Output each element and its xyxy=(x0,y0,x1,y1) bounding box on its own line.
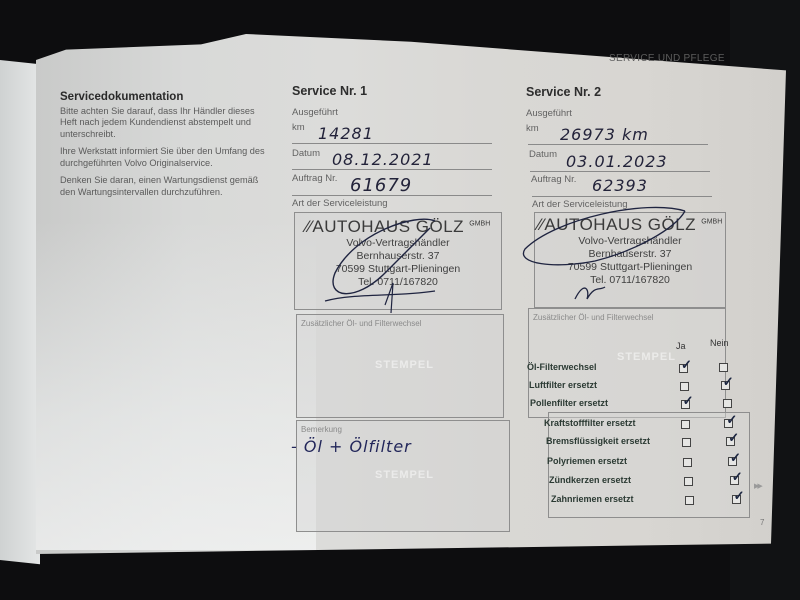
service-1-stamp-box: ⁄⁄AUTOHAUS GÖLZ GMBH Volvo-Vertragshändl… xyxy=(294,212,502,310)
left-page-edge xyxy=(0,60,40,564)
intro-paragraph-1: Bitte achten Sie darauf, dass Ihr Händle… xyxy=(60,106,270,141)
service-2: Service Nr. 2 Ausgeführt km 26973 km Dat… xyxy=(526,85,736,99)
intro-paragraph-3: Denken Sie daran, einen Wartungsdienst g… xyxy=(60,175,270,198)
service-1-zusatz-stempel: STEMPEL xyxy=(375,359,434,371)
service-1-datum-line xyxy=(292,169,492,170)
service-1-bemerkung-caption: Bemerkung xyxy=(301,425,342,434)
checkbox-nein[interactable] xyxy=(721,381,730,390)
service-2-km-label: km xyxy=(526,123,539,134)
service-1-zusatz-box: Zusätzlicher Öl- und Filterwechsel STEMP… xyxy=(296,314,504,418)
service-2-dealer-stamp: ⁄⁄AUTOHAUS GÖLZ GMBH Volvo-Vertragshändl… xyxy=(535,215,725,287)
dealer-line-2: Bernhauserstr. 37 xyxy=(295,250,501,263)
dealer-line-4: Tel. 0711/167820 xyxy=(295,276,501,289)
dealer-brand: ⁄⁄AUTOHAUS GÖLZ GMBH xyxy=(295,217,501,237)
service-1-auftrag-label: Auftrag Nr. xyxy=(292,173,337,184)
service-2-km-value[interactable]: 26973 km xyxy=(560,125,649,144)
service-1-km-line xyxy=(292,143,492,144)
checkbox-nein[interactable] xyxy=(726,437,735,446)
intro-paragraph-2: Ihre Werkstatt informiert Sie über den U… xyxy=(60,146,270,169)
checkbox-ja[interactable] xyxy=(680,382,689,391)
checkbox-ja[interactable] xyxy=(679,364,688,373)
checklist-row: Kraftstofffilter ersetzt xyxy=(544,418,636,428)
service-2-auftrag-line xyxy=(532,196,712,197)
service-1-km-value[interactable]: 14281 xyxy=(318,124,374,143)
service-2-datum-value[interactable]: 03.01.2023 xyxy=(566,152,668,171)
checkbox-nein[interactable] xyxy=(730,476,739,485)
dealer-2-line-2: Bernhauserstr. 37 xyxy=(535,248,725,261)
service-1-art-label: Art der Serviceleistung xyxy=(292,198,388,209)
service-1-auftrag-value[interactable]: 61679 xyxy=(350,175,412,196)
service-1-auftrag-line xyxy=(292,195,492,196)
service-1-km-label: km xyxy=(292,122,305,133)
service-2-ausgefuehrt-label: Ausgeführt xyxy=(526,108,572,119)
service-1-title: Service Nr. 1 xyxy=(292,84,502,98)
checklist-row: Luftfilter ersetzt xyxy=(529,380,597,390)
checklist-row: Öl-Filterwechsel xyxy=(527,362,597,372)
checkbox-ja[interactable] xyxy=(685,496,694,505)
dealer-2-line-4: Tel. 0711/167820 xyxy=(535,274,725,287)
service-2-zusatz-caption: Zusätzlicher Öl- und Filterwechsel xyxy=(533,313,653,322)
column-ja-header: Ja xyxy=(676,341,686,351)
service-1-bemerkung-value[interactable]: - Öl + Ölfilter xyxy=(291,437,412,456)
dealer-line-3: 70599 Stuttgart-Plieningen xyxy=(295,263,501,276)
intro-block: Servicedokumentation Bitte achten Sie da… xyxy=(60,92,270,204)
service-2-auftrag-label: Auftrag Nr. xyxy=(531,174,576,185)
intro-title: Servicedokumentation xyxy=(60,92,270,104)
service-1-zusatz-caption: Zusätzlicher Öl- und Filterwechsel xyxy=(301,319,421,328)
service-1-datum-label: Datum xyxy=(292,148,320,159)
checkbox-ja[interactable] xyxy=(682,438,691,447)
checkbox-ja[interactable] xyxy=(681,400,690,409)
service-2-km-line xyxy=(528,144,708,145)
checklist-row: Polyriemen ersetzt xyxy=(547,456,627,466)
checkbox-nein[interactable] xyxy=(728,457,737,466)
checklist-row: Zündkerzen ersetzt xyxy=(549,475,631,485)
service-2-datum-line xyxy=(530,171,710,172)
checkbox-nein[interactable] xyxy=(724,419,733,428)
checklist-row: Bremsflüssigkeit ersetzt xyxy=(546,436,650,446)
dealer-2-line-3: 70599 Stuttgart-Plieningen xyxy=(535,261,725,274)
section-title: SERVICE UND PFLEGE xyxy=(609,53,725,64)
checkbox-nein[interactable] xyxy=(719,363,728,372)
dealer-line-1: Volvo-Vertragshändler xyxy=(295,237,501,250)
service-2-datum-label: Datum xyxy=(529,149,557,160)
dealer-2-line-1: Volvo-Vertragshändler xyxy=(535,235,725,248)
service-2-auftrag-value[interactable]: 62393 xyxy=(592,176,648,195)
service-2-stamp-box: ⁄⁄AUTOHAUS GÖLZ GMBH Volvo-Vertragshändl… xyxy=(534,212,726,308)
service-1-datum-value[interactable]: 08.12.2021 xyxy=(332,150,434,169)
service-1-ausgefuehrt-label: Ausgeführt xyxy=(292,107,338,118)
service-1-bemerkung-box: Bemerkung - Öl + Ölfilter STEMPEL xyxy=(296,420,510,532)
checklist-row: Zahnriemen ersetzt xyxy=(551,494,634,504)
checklist-row: Pollenfilter ersetzt xyxy=(530,398,608,408)
double-arrow-right-icon: ▶▶ xyxy=(754,482,761,490)
checkbox-ja[interactable] xyxy=(681,420,690,429)
service-2-title: Service Nr. 2 xyxy=(526,85,736,99)
service-2-art-label: Art der Serviceleistung xyxy=(532,199,628,210)
service-1: Service Nr. 1 Ausgeführt km 14281 Datum … xyxy=(292,84,502,98)
service-1-dealer-stamp: ⁄⁄AUTOHAUS GÖLZ GMBH Volvo-Vertragshändl… xyxy=(295,217,501,289)
checkbox-nein[interactable] xyxy=(723,399,732,408)
column-nein-header: Nein xyxy=(710,338,729,348)
checkbox-nein[interactable] xyxy=(732,495,741,504)
checkbox-ja[interactable] xyxy=(684,477,693,486)
dealer-brand-2: ⁄⁄AUTOHAUS GÖLZ GMBH xyxy=(535,215,725,235)
service-1-bemerkung-stempel: STEMPEL xyxy=(375,469,434,481)
service-2-zusatz-stempel: STEMPEL xyxy=(617,351,676,363)
checkbox-ja[interactable] xyxy=(683,458,692,467)
page-number: 7 xyxy=(760,518,764,527)
